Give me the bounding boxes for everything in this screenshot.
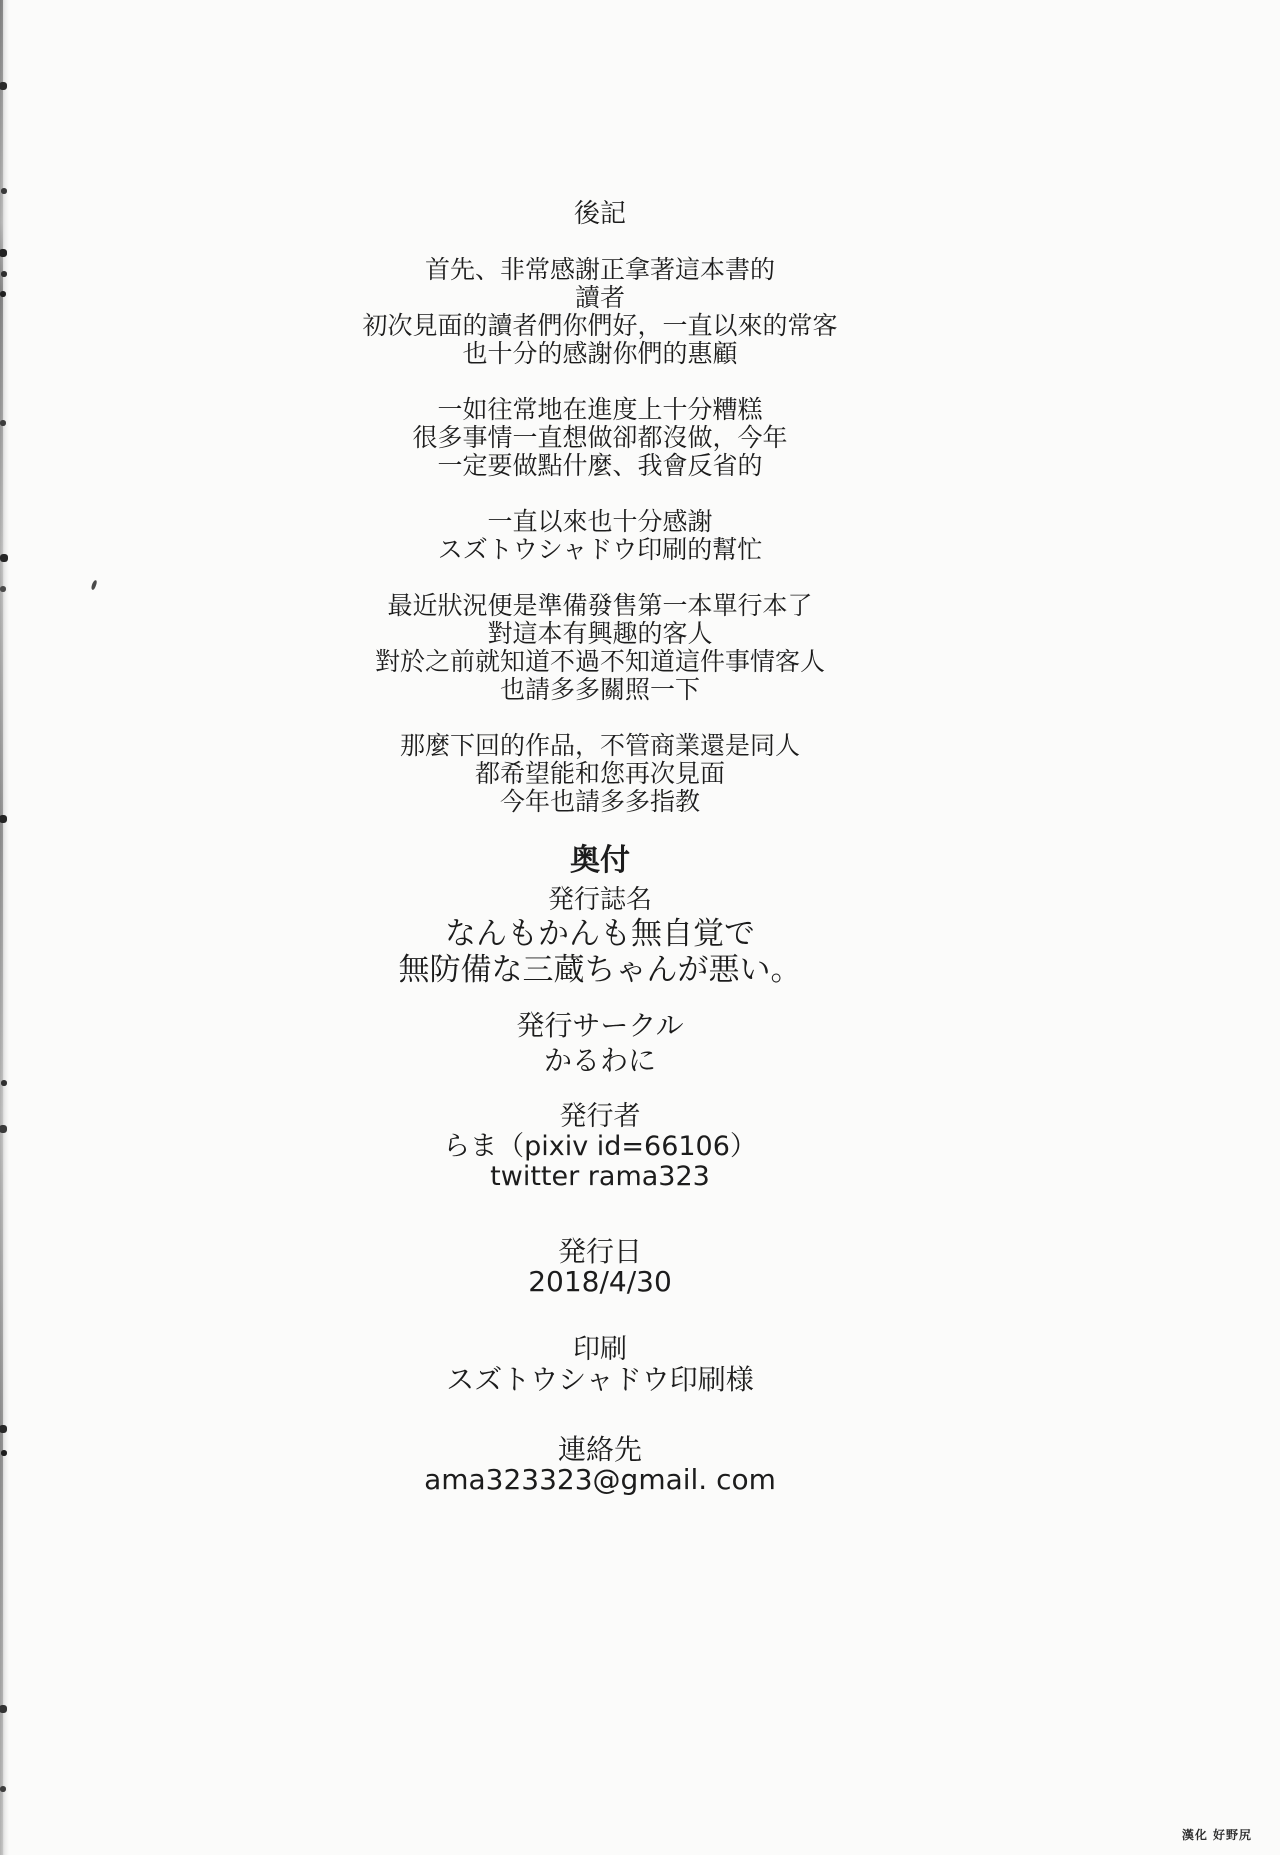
afterword-line: 也請多多關照一下 (0, 676, 1200, 704)
afterword-title: 後記 (0, 200, 1200, 228)
afterword-line: スズトウシャドウ印刷的幫忙 (0, 536, 1200, 564)
colophon-circle: 発行サークル かるわに (0, 1008, 1200, 1078)
afterword-paragraph-2: 一如往常地在進度上十分糟糕 很多事情一直想做卻都沒做，今年 一定要做點什麼、我會… (0, 396, 1200, 480)
publisher-label: 発行者 (0, 1102, 1200, 1132)
afterword-line: 首先、非常感謝正拿著這本書的 (0, 256, 1200, 284)
afterword-line: 今年也請多多指教 (0, 788, 1200, 816)
afterword-line: 很多事情一直想做卻都沒做，今年 (0, 424, 1200, 452)
colophon-printer: 印刷 スズトウシャドウ印刷様 (0, 1335, 1200, 1395)
colophon-date: 発行日 2018/4/30 (0, 1237, 1200, 1297)
afterword-line: 對於之前就知道不過不知道這件事情客人 (0, 648, 1200, 676)
afterword-line: 一定要做點什麼、我會反省的 (0, 452, 1200, 480)
scanned-page: 後記 首先、非常感謝正拿著這本書的 讀者 初次見面的讀者們你們好，一直以來的常客… (0, 0, 1280, 1855)
afterword-line: 最近狀況便是準備發售第一本單行本了 (0, 592, 1200, 620)
afterword-paragraph-3: 一直以來也十分感謝 スズトウシャドウ印刷的幫忙 (0, 508, 1200, 564)
journal-name-line-2: 無防備な三蔵ちゃんが悪い。 (0, 952, 1200, 988)
afterword-line: 一直以來也十分感謝 (0, 508, 1200, 536)
colophon-section: 奥付 発行誌名 なんもかんも無自覚で 無防備な三蔵ちゃんが悪い。 発行サークル … (0, 844, 1200, 1495)
afterword-line: 都希望能和您再次見面 (0, 760, 1200, 788)
afterword-paragraph-5: 那麼下回的作品，不管商業還是同人 都希望能和您再次見面 今年也請多多指教 (0, 732, 1200, 816)
afterword-section: 後記 首先、非常感謝正拿著這本書的 讀者 初次見面的讀者們你們好，一直以來的常客… (0, 0, 1200, 816)
journal-name-line-1: なんもかんも無自覚で (0, 916, 1200, 952)
date-value: 2018/4/30 (0, 1267, 1200, 1297)
afterword-line: 那麼下回的作品，不管商業還是同人 (0, 732, 1200, 760)
afterword-paragraph-4: 最近狀況便是準備發售第一本單行本了 對這本有興趣的客人 對於之前就知道不過不知道… (0, 592, 1200, 704)
circle-label: 発行サークル (0, 1008, 1200, 1043)
journal-name-label: 発行誌名 (0, 884, 1200, 916)
afterword-line: 也十分的感謝你們的惠顧 (0, 340, 1200, 368)
date-label: 発行日 (0, 1237, 1200, 1267)
colophon-journal: 発行誌名 なんもかんも無自覚で 無防備な三蔵ちゃんが悪い。 (0, 884, 1200, 988)
afterword-paragraph-1: 首先、非常感謝正拿著這本書的 讀者 初次見面的讀者們你們好，一直以來的常客 也十… (0, 256, 1200, 368)
colophon-contact: 連絡先 ama323323@gmail. com (0, 1435, 1200, 1495)
text-column: 後記 首先、非常感謝正拿著這本書的 讀者 初次見面的讀者們你們好，一直以來的常客… (0, 0, 1200, 1495)
publisher-name: らま（pixiv id=66106） (0, 1132, 1200, 1162)
afterword-line: 對這本有興趣的客人 (0, 620, 1200, 648)
printer-name: スズトウシャドウ印刷様 (0, 1365, 1200, 1395)
contact-email: ama323323@gmail. com (0, 1465, 1200, 1495)
circle-name: かるわに (0, 1043, 1200, 1078)
publisher-twitter: twitter rama323 (0, 1162, 1200, 1192)
afterword-line: 讀者 (0, 284, 1200, 312)
colophon-title: 奥付 (0, 844, 1200, 878)
translator-watermark: 漢化 好野尻 (1182, 1826, 1252, 1843)
printer-label: 印刷 (0, 1335, 1200, 1365)
contact-label: 連絡先 (0, 1435, 1200, 1465)
afterword-line: 初次見面的讀者們你們好，一直以來的常客 (0, 312, 1200, 340)
afterword-line: 一如往常地在進度上十分糟糕 (0, 396, 1200, 424)
colophon-publisher: 発行者 らま（pixiv id=66106） twitter rama323 (0, 1102, 1200, 1192)
